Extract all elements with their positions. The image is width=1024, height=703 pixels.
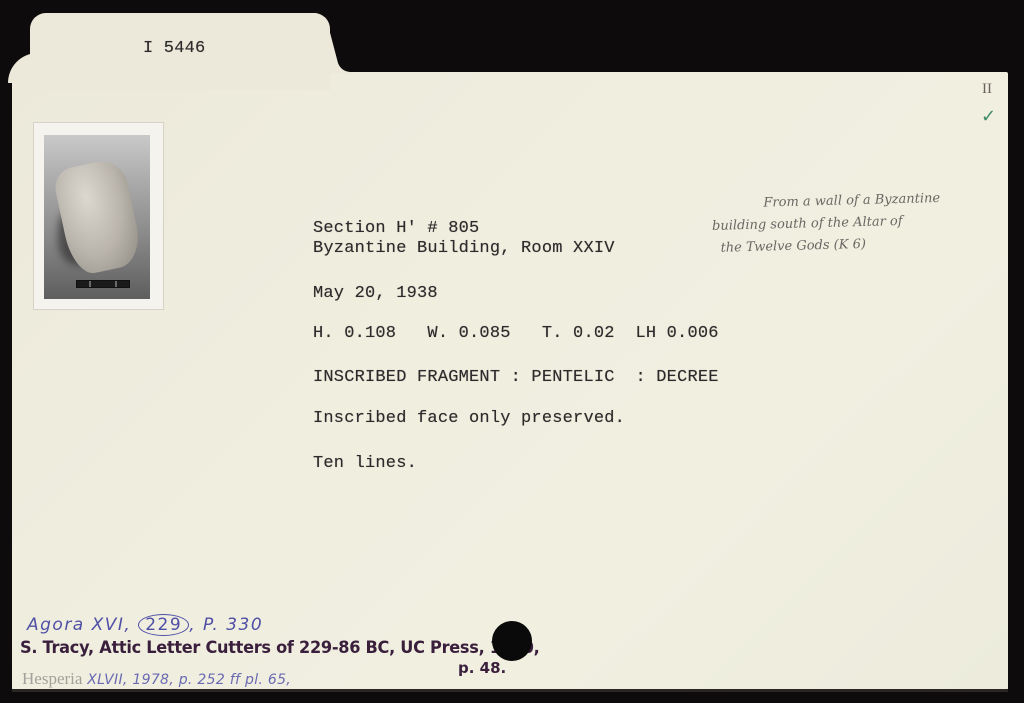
preservation-note: Inscribed face only preserved. bbox=[313, 409, 625, 428]
roman-numeral-mark: II bbox=[982, 81, 992, 98]
hesperia-typed: Hesperia bbox=[22, 669, 82, 688]
agora-reference: Agora XVI, 229, P. 330 bbox=[27, 614, 263, 636]
find-location: Byzantine Building, Room XXIV bbox=[313, 239, 615, 258]
handwritten-provenance-note: From a wall of a Byzantine building sout… bbox=[711, 186, 1013, 260]
tracy-page: p. 48. bbox=[458, 659, 506, 677]
card-bottom-edge bbox=[12, 689, 1008, 692]
agora-suffix: , P. 330 bbox=[189, 615, 263, 635]
tracy-reference: S. Tracy, Attic Letter Cutters of 229-86… bbox=[20, 638, 539, 658]
hesperia-handwritten: XLVII, 1978, p. 252 ff pl. 65, bbox=[87, 672, 291, 688]
hesperia-reference: Hesperia XLVII, 1978, p. 252 ff pl. 65, bbox=[22, 669, 291, 689]
section-number: Section H' # 805 bbox=[313, 219, 479, 238]
catalog-number: I 5446 bbox=[143, 39, 205, 58]
dimensions: H. 0.108 W. 0.085 T. 0.02 LH 0.006 bbox=[313, 324, 719, 343]
tab-joint bbox=[30, 60, 330, 90]
line-count: Ten lines. bbox=[313, 454, 417, 473]
fragment-photo bbox=[44, 135, 150, 299]
find-date: May 20, 1938 bbox=[313, 284, 438, 303]
photo-mount bbox=[34, 123, 163, 309]
tab-curve bbox=[310, 13, 350, 73]
agora-circled-number: 229 bbox=[138, 614, 189, 636]
classification: INSCRIBED FRAGMENT : PENTELIC : DECREE bbox=[313, 368, 719, 387]
scale-bar-icon bbox=[76, 280, 130, 288]
punch-hole bbox=[492, 621, 532, 661]
checkmark-icon: ✓ bbox=[981, 106, 996, 127]
catalog-card-scan: I 5446 Section H' # 805 Byzantine Buildi… bbox=[0, 0, 1024, 703]
agora-prefix: Agora XVI, bbox=[27, 615, 131, 635]
